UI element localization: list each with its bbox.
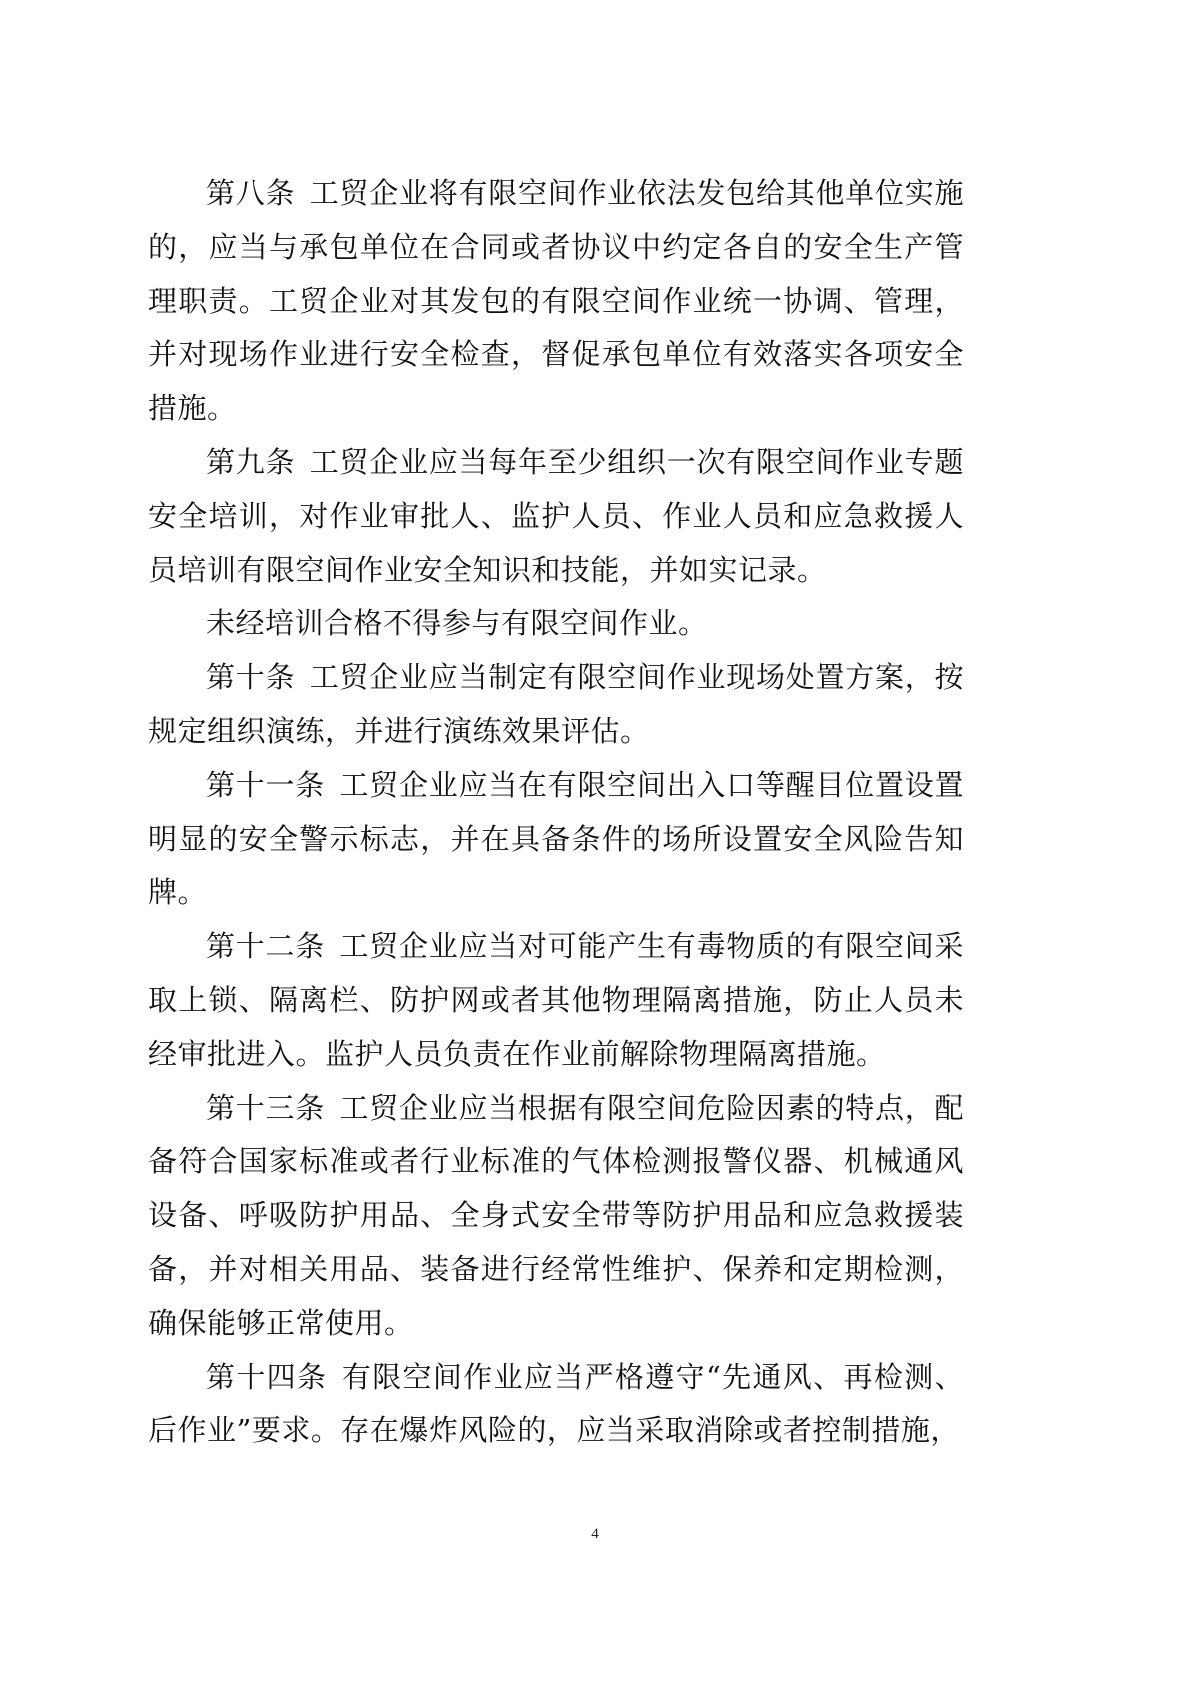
article-text: 工贸企业将有限空间作业依法发包给其他单位实施的，应当与承包单位在合同或者协议中约… <box>148 176 964 425</box>
article-number: 第十二条 <box>206 929 325 963</box>
article-9: 第九条工贸企业应当每年至少组织一次有限空间作业专题安全培训，对作业审批人、监护人… <box>148 436 964 597</box>
article-number: 第九条 <box>206 445 295 479</box>
article-number: 第十三条 <box>206 1091 325 1125</box>
article-14: 第十四条有限空间作业应当严格遵守“先通风、再检测、后作业”要求。存在爆炸风险的，… <box>148 1351 964 1459</box>
article-13: 第十三条工贸企业应当根据有限空间危险因素的特点，配备符合国家标准或者行业标准的气… <box>148 1082 964 1351</box>
article-number: 第八条 <box>206 176 295 210</box>
page-number: 4 <box>0 1526 1190 1543</box>
article-9-continuation: 未经培训合格不得参与有限空间作业。 <box>148 597 964 651</box>
article-number: 第十四条 <box>206 1360 327 1394</box>
article-12: 第十二条工贸企业应当对可能产生有毒物质的有限空间采取上锁、隔离栏、防护网或者其他… <box>148 920 964 1081</box>
article-8: 第八条工贸企业将有限空间作业依法发包给其他单位实施的，应当与承包单位在合同或者协… <box>148 167 964 436</box>
document-body: 第八条工贸企业将有限空间作业依法发包给其他单位实施的，应当与承包单位在合同或者协… <box>148 167 964 1458</box>
article-10: 第十条工贸企业应当制定有限空间作业现场处置方案，按规定组织演练，并进行演练效果评… <box>148 651 964 759</box>
article-text: 未经培训合格不得参与有限空间作业。 <box>206 606 708 640</box>
article-number: 第十一条 <box>206 768 325 802</box>
article-text: 工贸企业应当根据有限空间危险因素的特点，配备符合国家标准或者行业标准的气体检测报… <box>148 1091 964 1340</box>
article-11: 第十一条工贸企业应当在有限空间出入口等醒目位置设置明显的安全警示标志，并在具备条… <box>148 759 964 920</box>
article-number: 第十条 <box>206 660 295 694</box>
